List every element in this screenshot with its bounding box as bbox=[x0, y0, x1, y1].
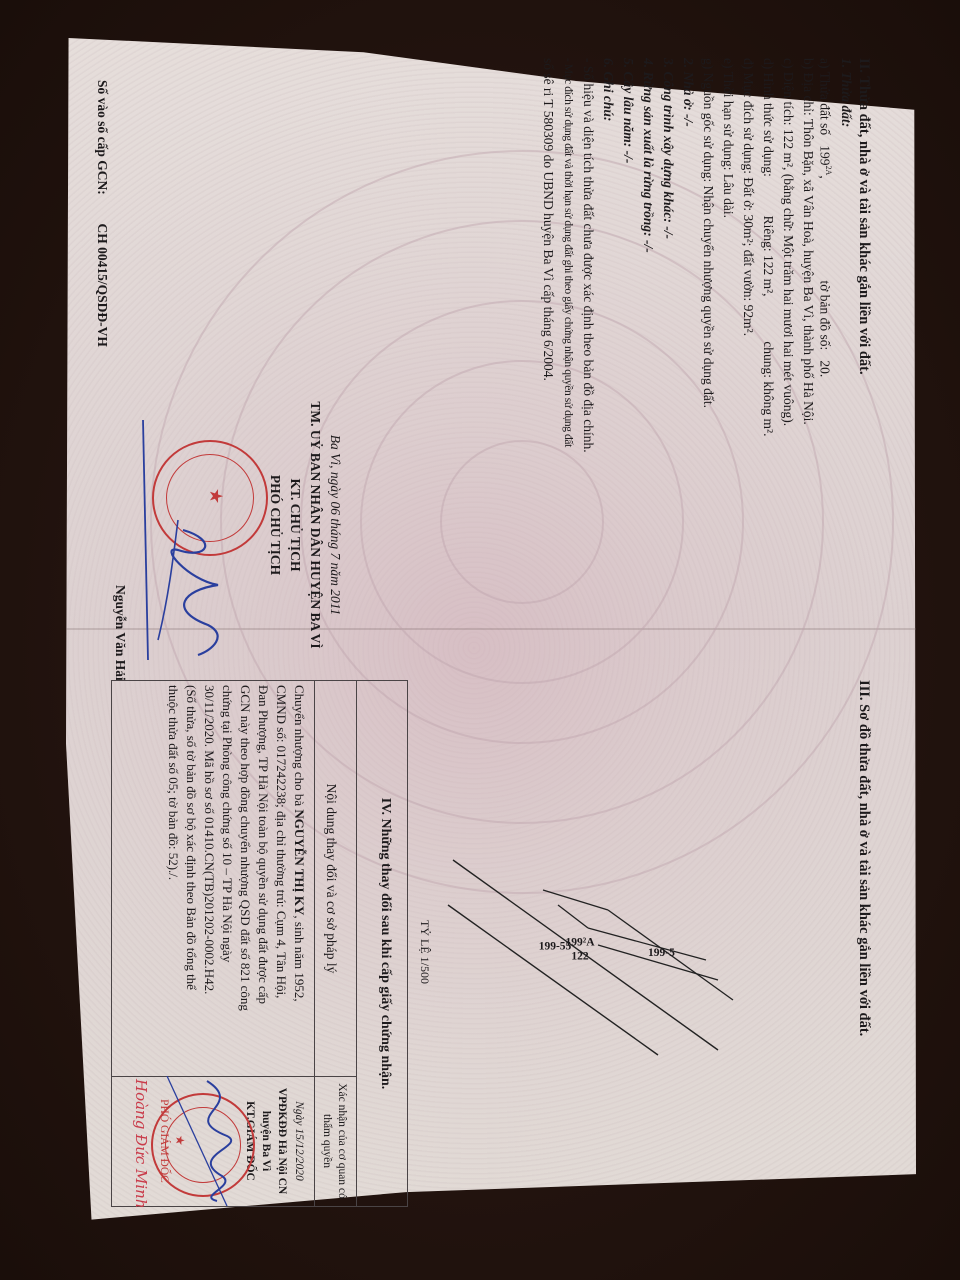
usage-form-shared: chung: không m². bbox=[761, 341, 776, 436]
usage-term: e) Thời hạn sử dụng: Lâu dài. bbox=[720, 58, 736, 218]
parcel-number-row: a) Thửa đất số 1992A, tờ bản đồ số: 20. bbox=[817, 58, 837, 377]
section-4-title: IV. Những thay đổi sau khi cấp giấy chứn… bbox=[377, 681, 393, 1206]
map-sheet-label: tờ bản đồ số: bbox=[818, 280, 833, 350]
note-line: - Số hiệu và diện tích thửa đất chưa đượ… bbox=[580, 58, 596, 453]
signing-place-date: Ba Vì, ngày 06 tháng 7 năm 2011 bbox=[327, 390, 343, 660]
section-2-title: II. Thửa đất, nhà ở và tài sản khác gắn … bbox=[856, 58, 872, 375]
registry-row: Số vào sổ cấp GCN: CH 00415/QSDĐ-VH bbox=[94, 80, 110, 347]
parcel-number: 199 bbox=[818, 145, 833, 165]
map-sheet-number: 20. bbox=[818, 360, 833, 377]
note-line: số sê ri T 580309 do UBND huyện Ba Vì cấ… bbox=[540, 58, 556, 381]
usage-purpose: đ) Mục đích sử dụng: Đất ở: 30m²; đất vư… bbox=[740, 58, 756, 336]
address: b) Địa chỉ: Thôn Bặn, xã Vân Hoà, huyện … bbox=[800, 58, 816, 425]
diagram-label-area: 122 bbox=[571, 949, 588, 965]
other-construction: 3. Công trình xây dựng khác: -/- bbox=[660, 58, 676, 239]
change-content-line: chứng tại Phòng công chứng số 10 – TP Hà… bbox=[219, 685, 235, 962]
signing-on-behalf: KT. CHỦ TỊCH bbox=[287, 370, 303, 680]
confirmation-date: Ngày 15/12/2020 bbox=[291, 1079, 307, 1203]
notes-heading: 6. Ghi chú: bbox=[600, 58, 616, 121]
buyer-name: NGUYỄN THỊ KY bbox=[292, 809, 307, 915]
change-content-line: 30/11/2020. Mã hồ sơ số 01410.CN(TB)2012… bbox=[201, 685, 217, 994]
confirmation-signer: Hoàng Đức Minh bbox=[133, 1079, 149, 1203]
usage-form-row: d) Hình thức sử dụng: Riêng: 122 m², chu… bbox=[760, 58, 776, 436]
registration-signature bbox=[147, 1076, 267, 1206]
rotated-certificate-content: II. Thửa đất, nhà ở và tài sản khác gắn … bbox=[73, 30, 918, 1220]
usage-form-private: Riêng: 122 m², bbox=[761, 216, 776, 297]
column-header-confirmation: Xác nhận của cơ quan có thẩm quyền bbox=[319, 1079, 349, 1203]
change-content-text: Chuyển nhượng cho bà NGUYỄN THỊ KY, sinh… bbox=[292, 685, 307, 1002]
changes-table: IV. Những thay đổi sau khi cấp giấy chứn… bbox=[111, 680, 408, 1207]
change-content-line: GCN này theo hợp đồng chuyển nhượng QSD … bbox=[237, 685, 253, 1011]
registry-label: Số vào sổ cấp GCN: bbox=[95, 80, 110, 195]
change-content-line: (Số thửa, số tờ bản đồ sơ bộ xác định th… bbox=[183, 685, 199, 990]
change-content-line: thuộc thửa đất số 05; tờ bản đồ: 52)./. bbox=[165, 685, 181, 880]
house: 2. Nhà ở: -/- bbox=[680, 58, 696, 127]
change-content-line: CMND số: 017242238; địa chỉ thường trú: … bbox=[273, 685, 289, 998]
area: c) Diện tích: 122 m², (bằng chữ: Một tră… bbox=[780, 58, 796, 426]
parcel-label: a) Thửa đất số bbox=[818, 58, 833, 135]
section-3-title: III. Sơ đồ thửa đất, nhà ở và tài sản kh… bbox=[856, 680, 872, 1036]
production-forest: 4. Rừng sản xuất là rừng trồng: -/- bbox=[640, 58, 656, 253]
note-line: - Mục đích sử dụng đất và thời hạn sử dụ… bbox=[560, 58, 576, 447]
signer-name: Nguyễn Văn Hải bbox=[112, 585, 128, 681]
parcel-suffix: 2A bbox=[824, 166, 833, 176]
map-scale: TỶ LỆ 1/500 bbox=[417, 920, 433, 984]
diagram-label-neighbor: 199-55 bbox=[539, 938, 572, 954]
diagram-label-neighbor-top: 199-5 bbox=[648, 945, 675, 961]
column-header-content: Nội dung thay đổi và cơ sở pháp lý bbox=[323, 681, 339, 1076]
change-content-line: Chuyển nhượng cho bà NGUYỄN THỊ KY, sinh… bbox=[291, 685, 307, 1002]
registry-value: CH 00415/QSDĐ-VH bbox=[95, 224, 110, 347]
land-heading: 1. Thửa đất: bbox=[838, 58, 854, 127]
perennial-trees: 5. Cây lâu năm: -/- bbox=[620, 58, 636, 163]
signing-authority: TM. UỶ BAN NHÂN DÂN HUYỆN BA VÌ bbox=[307, 370, 323, 680]
usage-form-label: d) Hình thức sử dụng: bbox=[761, 58, 776, 177]
usage-origin: g) Nguồn gốc sử dụng: Nhận chuyển nhượng… bbox=[700, 58, 716, 408]
confirmation-office: VPĐKĐĐ Hà Nội CN bbox=[274, 1079, 290, 1203]
district-signature bbox=[128, 410, 278, 670]
change-content-line: Đan Phượng, TP Hà Nội toàn bộ quyền sử d… bbox=[255, 685, 271, 1004]
